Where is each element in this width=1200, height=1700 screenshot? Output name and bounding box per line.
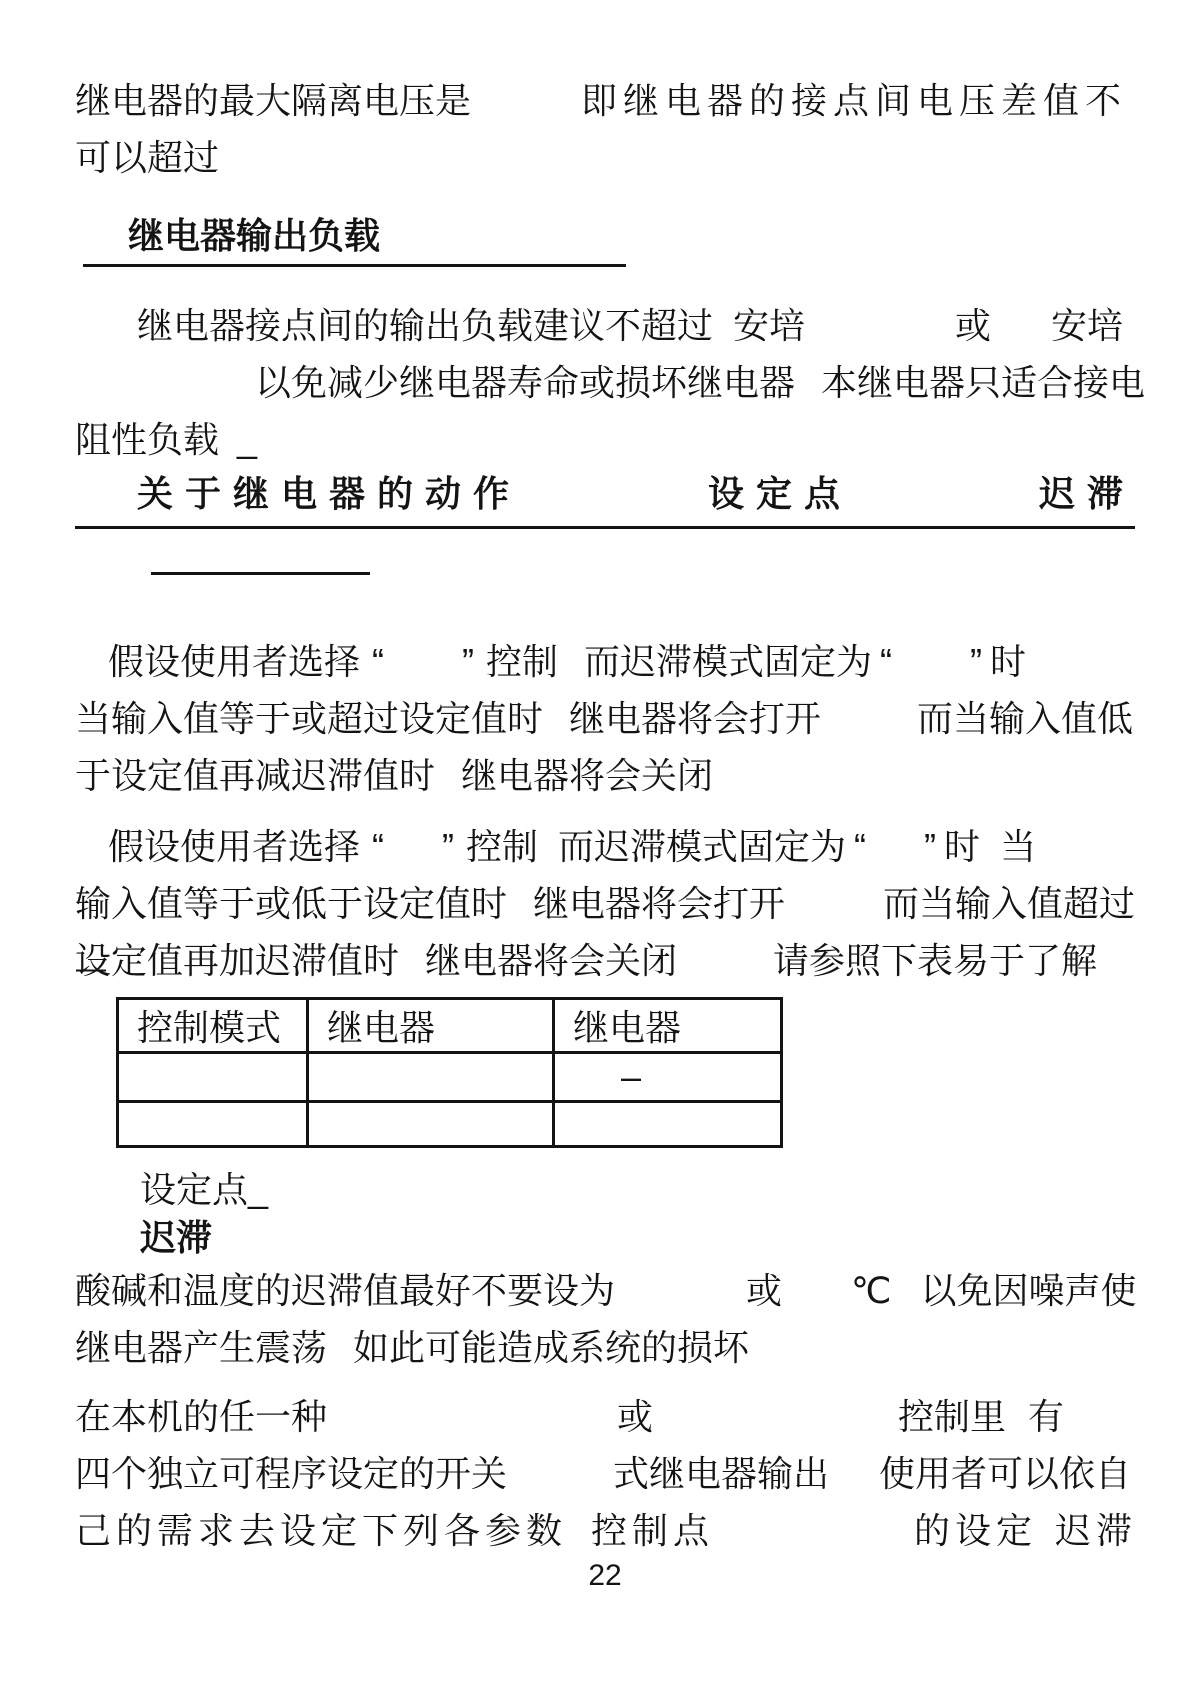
blank-gap bbox=[471, 112, 581, 113]
table-cell bbox=[554, 1102, 782, 1147]
text-line: 假设使用者选择“”控制而迟滞模式固定为“”时 bbox=[75, 633, 1135, 690]
table-header-cell: 控制模式 bbox=[118, 999, 308, 1053]
blank-gap bbox=[982, 673, 990, 674]
table-cell bbox=[118, 1102, 308, 1147]
text-segment: 继电器产生震荡 bbox=[75, 1327, 327, 1368]
underscore-mark: _ bbox=[248, 1169, 268, 1210]
text-line: 继电器的最大隔离电压是即继电器的接点间电压差值不 bbox=[75, 72, 1135, 129]
text-segment: 继电器的最大隔离电压是 bbox=[75, 80, 471, 121]
text-segment: 的设定 bbox=[914, 1510, 1037, 1551]
text-line: 可以超过 bbox=[75, 129, 1135, 186]
text-segment: 继电器将会关闭 bbox=[461, 755, 713, 796]
text-segment: 以免减少继电器寿命或损坏继电器 bbox=[255, 362, 795, 403]
text-segment: 假设使用者选择 bbox=[108, 641, 360, 682]
text-segment: 在本机的任一种 bbox=[75, 1396, 327, 1437]
blank-gap bbox=[507, 915, 533, 916]
section-title-part: 设定点 bbox=[708, 470, 852, 518]
blank-gap bbox=[714, 1542, 914, 1543]
text-segment: 继电器将会打开 bbox=[569, 698, 821, 739]
section-title: 继电器输出负载 bbox=[128, 212, 626, 260]
text-segment: 有 bbox=[1028, 1396, 1064, 1437]
text-line: 于设定值再减迟滞值时继电器将会关闭 bbox=[75, 747, 1135, 804]
text-line: 以免减少继电器寿命或损坏继电器本继电器只适合接电 bbox=[75, 354, 1135, 411]
blank-gap bbox=[1037, 1542, 1055, 1543]
section-title-part: 迟滞 bbox=[1039, 470, 1135, 518]
table-header-cell: 继电器 bbox=[308, 999, 554, 1053]
blank-gap bbox=[936, 858, 944, 859]
text-segment: 安培 bbox=[733, 305, 805, 346]
blank-gap bbox=[846, 858, 854, 859]
text-segment: 继电器将会打开 bbox=[533, 883, 785, 924]
text-segment: 控制 bbox=[466, 826, 538, 867]
setpoint-label: 设定点 bbox=[140, 1169, 248, 1210]
open-quote: “ bbox=[880, 641, 892, 682]
text-line: 当输入值等于或超过设定值时继电器将会打开而当输入值低 bbox=[75, 690, 1135, 747]
text-segment: 四个独立可程序设定的开关 bbox=[75, 1453, 507, 1494]
open-quote: “ bbox=[372, 641, 384, 682]
blank-gap bbox=[615, 1302, 746, 1303]
blank-gap bbox=[454, 858, 466, 859]
blank-gap bbox=[785, 915, 883, 916]
text-line: 四个独立可程序设定的开关式继电器输出使用者可以依自 bbox=[75, 1445, 1135, 1502]
text-segment: 继电器接点间的输出负载建议不超过 bbox=[137, 305, 713, 346]
text-line: 己的需求去设定下列各参数控制点的设定迟滞 bbox=[75, 1502, 1135, 1559]
table-cell bbox=[308, 1053, 554, 1102]
blank-gap bbox=[991, 337, 1051, 338]
close-quote: ” bbox=[924, 826, 936, 867]
blank-gap bbox=[829, 1485, 879, 1486]
blank-gap bbox=[507, 1485, 613, 1486]
para-hysteresis-warning: 酸碱和温度的迟滞值最好不要设为或℃以免因噪声使 继电器产生震荡如此可能造成系统的… bbox=[75, 1262, 1135, 1376]
blank-gap bbox=[327, 1428, 617, 1429]
text-segment: 安培 bbox=[1051, 305, 1123, 346]
para-programmable-relays: 在本机的任一种或控制里有 四个独立可程序设定的开关式继电器输出使用者可以依自 己… bbox=[75, 1388, 1135, 1559]
text-segment: 以免因噪声使 bbox=[920, 1270, 1136, 1311]
text-line: 输入值等于或低于设定值时继电器将会打开而当输入值超过 bbox=[75, 875, 1135, 932]
text-segment: 或 bbox=[617, 1396, 653, 1437]
blank-gap bbox=[384, 858, 442, 859]
heading-continuation-underline bbox=[151, 529, 370, 575]
close-quote: ” bbox=[970, 641, 982, 682]
setpoint-label-row: 设定点_ 迟滞 bbox=[75, 1166, 1135, 1262]
section-title-part: 关于继电器的动作 bbox=[137, 470, 521, 518]
blank-gap bbox=[567, 1542, 591, 1543]
relay-mode-table: 控制模式 继电器 继电器 – bbox=[116, 997, 783, 1148]
text-segment: 假设使用者选择 bbox=[108, 826, 360, 867]
blank-gap bbox=[713, 337, 733, 338]
text-segment: 阻性负载 bbox=[75, 419, 219, 460]
stray-dash-mark: — bbox=[76, 952, 106, 986]
text-segment: 本继电器只适合接电 bbox=[821, 362, 1145, 403]
text-segment: 式继电器输出 bbox=[613, 1453, 829, 1494]
para-hysteresis-mode-high: 假设使用者选择“”控制而迟滞模式固定为“”时 当输入值等于或超过设定值时继电器将… bbox=[75, 633, 1135, 804]
text-segment: 控制里 bbox=[898, 1396, 1006, 1437]
text-segment: 控制点 bbox=[591, 1510, 714, 1551]
text-segment: 当输入值等于或超过设定值时 bbox=[75, 698, 543, 739]
blank-gap bbox=[538, 858, 558, 859]
table-row: – bbox=[118, 1053, 782, 1102]
text-segment: 而当输入值超过 bbox=[883, 883, 1135, 924]
table-row bbox=[118, 1102, 782, 1147]
blank-gap bbox=[360, 858, 372, 859]
blank-gap bbox=[653, 1428, 898, 1429]
text-segment: 迟滞 bbox=[1055, 1510, 1137, 1551]
blank-gap bbox=[435, 787, 461, 788]
open-quote: “ bbox=[854, 826, 866, 867]
blank-gap bbox=[219, 451, 237, 452]
text-line: 在本机的任一种或控制里有 bbox=[75, 1388, 1135, 1445]
table-header-row: 控制模式 继电器 继电器 bbox=[118, 999, 782, 1053]
section-heading-relay-action: 关于继电器的动作 设定点 迟滞 bbox=[75, 470, 1135, 529]
blank-gap bbox=[327, 1359, 353, 1360]
celsius-symbol: ℃ bbox=[851, 1270, 891, 1311]
text-segment: 酸碱和温度的迟滞值最好不要设为 bbox=[75, 1270, 615, 1311]
close-quote: ” bbox=[442, 826, 454, 867]
text-segment: 控制 bbox=[486, 641, 558, 682]
blank-gap bbox=[805, 337, 955, 338]
close-quote: ” bbox=[462, 641, 474, 682]
text-line: 假设使用者选择“”控制而迟滞模式固定为“”时当 bbox=[75, 818, 1135, 875]
text-segment: 而迟滞模式固定为 bbox=[584, 641, 872, 682]
blank-gap bbox=[1006, 1428, 1028, 1429]
hysteresis-label: 迟滞 bbox=[140, 1214, 1135, 1262]
text-segment: 请参照下表易于了解 bbox=[773, 940, 1097, 981]
para-hysteresis-mode-low: 假设使用者选择“”控制而迟滞模式固定为“”时当 输入值等于或低于设定值时继电器将… bbox=[75, 818, 1135, 989]
text-segment: 设定值再加迟滞值时 bbox=[75, 940, 399, 981]
text-segment: 如此可能造成系统的损坏 bbox=[353, 1327, 749, 1368]
open-quote: “ bbox=[372, 826, 384, 867]
underscore-mark: _ bbox=[237, 419, 257, 460]
text-segment: 继电器将会关闭 bbox=[425, 940, 677, 981]
text-segment: 己的需求去设定下列各参数 bbox=[75, 1510, 567, 1551]
text-segment: 可以超过 bbox=[75, 137, 219, 178]
table-cell: – bbox=[554, 1053, 782, 1102]
text-segment: 于设定值再减迟滞值时 bbox=[75, 755, 435, 796]
text-line: 继电器接点间的输出负载建议不超过安培或安培 bbox=[75, 297, 1135, 354]
blank-gap bbox=[866, 858, 924, 859]
para-output-load: 继电器接点间的输出负载建议不超过安培或安培 以免减少继电器寿命或损坏继电器本继电… bbox=[75, 297, 1135, 468]
blank-gap bbox=[543, 730, 569, 731]
text-segment: 使用者可以依自 bbox=[879, 1453, 1131, 1494]
blank-gap bbox=[980, 858, 1000, 859]
text-segment: 或 bbox=[746, 1270, 782, 1311]
text-segment: 时 bbox=[944, 826, 980, 867]
text-line: 设定值再加迟滞值时继电器将会关闭请参照下表易于了解 bbox=[75, 932, 1135, 989]
text-segment: 时 bbox=[990, 641, 1026, 682]
text-line: 继电器产生震荡如此可能造成系统的损坏 bbox=[75, 1319, 1135, 1376]
section-heading-relay-output-load: 继电器输出负载 bbox=[83, 212, 626, 267]
para-max-isolation-voltage: 继电器的最大隔离电压是即继电器的接点间电压差值不 可以超过 bbox=[75, 72, 1135, 186]
blank-gap bbox=[474, 673, 486, 674]
blank-gap bbox=[891, 1302, 920, 1303]
blank-gap bbox=[384, 673, 462, 674]
blank-gap bbox=[821, 730, 917, 731]
blank-gap bbox=[795, 394, 821, 395]
text-line: 设定点_ bbox=[140, 1166, 1135, 1214]
blank-gap bbox=[558, 673, 584, 674]
table-cell bbox=[118, 1053, 308, 1102]
text-line: 阻性负载_ bbox=[75, 411, 1135, 468]
page-number: 22 bbox=[75, 1561, 1135, 1591]
text-segment: 或 bbox=[955, 305, 991, 346]
table-header-cell: 继电器 bbox=[554, 999, 782, 1053]
text-segment: 而当输入值低 bbox=[917, 698, 1133, 739]
text-line: 酸碱和温度的迟滞值最好不要设为或℃以免因噪声使 bbox=[75, 1262, 1135, 1319]
text-segment: 当 bbox=[1000, 826, 1036, 867]
blank-gap bbox=[677, 972, 773, 973]
manual-page: 继电器的最大隔离电压是即继电器的接点间电压差值不 可以超过 继电器输出负载 继电… bbox=[0, 0, 1200, 1700]
text-segment: 而迟滞模式固定为 bbox=[558, 826, 846, 867]
text-segment: 输入值等于或低于设定值时 bbox=[75, 883, 507, 924]
blank-gap bbox=[360, 673, 372, 674]
blank-gap bbox=[782, 1302, 851, 1303]
blank-gap bbox=[399, 972, 425, 973]
table-cell bbox=[308, 1102, 554, 1147]
blank-gap bbox=[872, 673, 880, 674]
text-segment: 即继电器的接点间电压差值不 bbox=[581, 80, 1127, 121]
blank-gap bbox=[892, 673, 970, 674]
